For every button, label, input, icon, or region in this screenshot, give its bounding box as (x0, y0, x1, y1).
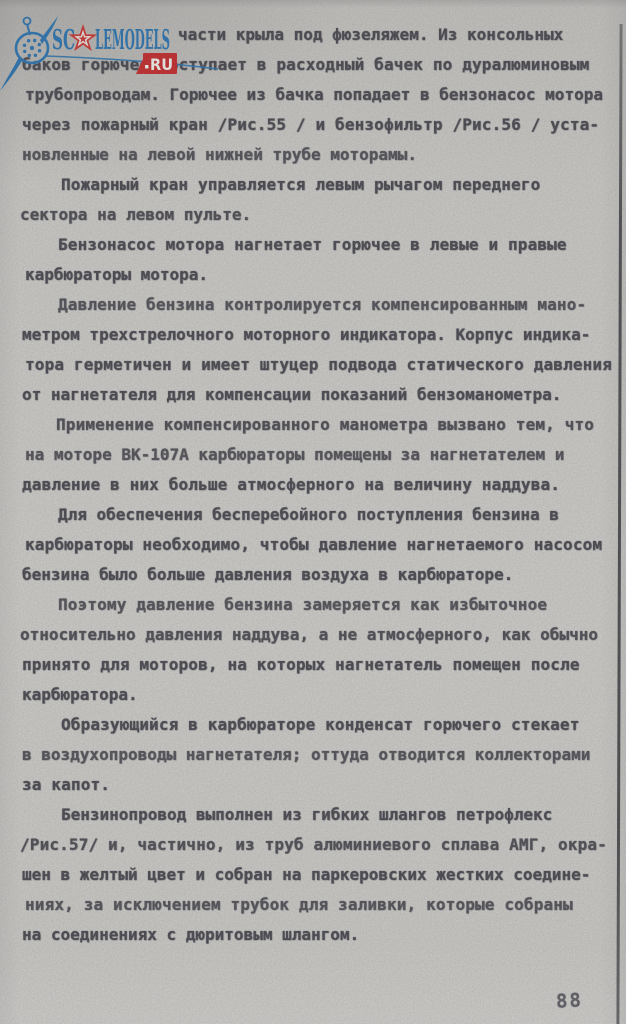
text-line: Бензонасос мотора нагнетает горючее в ле… (22, 230, 606, 260)
text-line: Применение компенсированного манометра в… (20, 410, 606, 440)
text-line: Давление бензина контролируется компенси… (22, 290, 606, 320)
text-line: тора герметичен и имеет штуцер подвода с… (25, 350, 606, 380)
document-text: части крыла под фюзеляжем. Из консольных… (22, 20, 606, 950)
text-line: Пожарный кран управляется левым рычагом … (25, 170, 606, 200)
watermark-logo: SC LEMODELS RU (0, 0, 240, 120)
scanned-page: части крыла под фюзеляжем. Из консольных… (0, 0, 626, 1024)
text-line: /Рис.57/ и, частично, из труб алюминиево… (20, 830, 606, 860)
brand-text-suffix: LEMODELS (95, 25, 170, 56)
ru-badge-label: RU (150, 55, 173, 74)
text-line: на соединениях с дюритовым шлангом. (22, 920, 606, 950)
text-line: карбюраторы мотора. (25, 260, 606, 290)
ru-badge: RU (136, 53, 177, 74)
text-line: относительно давления наддува, а не атмо… (20, 620, 606, 650)
text-line: от нагнетателя для компенсации показаний… (22, 380, 606, 410)
text-line: карбюраторы необходимо, чтобы давление н… (25, 530, 606, 560)
text-line: за капот. (22, 770, 606, 800)
text-line: Образующийся в карбюраторе конденсат гор… (25, 710, 606, 740)
text-line: ниях, за исключением трубок для заливки,… (25, 890, 606, 920)
text-line: Бензинопровод выполнен из гибких шлангов… (25, 800, 606, 830)
text-line: карбюратора. (22, 680, 606, 710)
scan-edge-line (616, 24, 622, 1024)
text-line: новленные на левой нижней трубе моторамы… (22, 140, 606, 170)
text-line: сектора на левом пульте. (20, 200, 606, 230)
text-line: метром трехстрелочного моторного индикат… (22, 320, 606, 350)
text-line: давление в них больше атмосферного на ве… (22, 470, 606, 500)
text-line: принято для моторов, на которых нагнетат… (22, 650, 606, 680)
text-line: в воздухопроводы нагнетателя; оттуда отв… (22, 740, 606, 770)
text-line: на моторе ВК-107А карбюраторы помещены з… (25, 440, 606, 470)
brand-text-prefix: SC (52, 25, 75, 56)
text-line: бензина было больше давления воздуха в к… (22, 560, 606, 590)
text-line: Для обеспечения бесперебойного поступлен… (22, 500, 606, 530)
text-line: шен в желтый цвет и собран на паркеровск… (22, 860, 606, 890)
text-line: Поэтому давление бензина замеряется как … (22, 590, 606, 620)
page-number: 88 (555, 989, 583, 1012)
